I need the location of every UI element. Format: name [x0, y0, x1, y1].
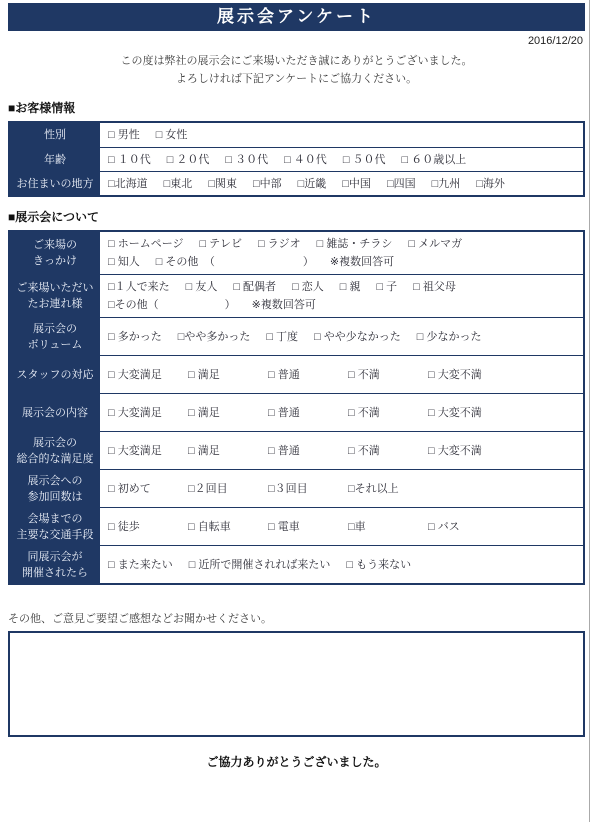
row-options: □ ホームページ□ テレビ□ ラジオ□ 雑誌・チラシ□ メルマガ□ 知人□ その…	[100, 232, 583, 274]
row-options: □北海道□東北□関東□中部□近畿□中国□四国□九州□海外	[100, 172, 583, 195]
table-row: 年齢□ １０代□ ２０代□ ３０代□ ４０代□ ５０代□ ６０歳以上	[10, 147, 583, 171]
checkbox-option[interactable]: □車	[348, 518, 416, 536]
checkbox-option[interactable]: □ 大変不満	[428, 442, 496, 460]
checkbox-option[interactable]: □ 満足	[188, 404, 256, 422]
row-label: 展示会の 総合的な満足度	[10, 432, 100, 469]
checkbox-option[interactable]: □ 男性	[108, 126, 140, 144]
options-line: □ 大変満足□ 満足□ 普通□ 不満□ 大変不満	[108, 366, 583, 384]
checkbox-option[interactable]: □ １０代	[108, 151, 151, 169]
checkbox-option[interactable]: □ 普通	[268, 366, 336, 384]
checkbox-option[interactable]: □近畿	[298, 175, 327, 193]
checkbox-option[interactable]: □ 大変満足	[108, 404, 176, 422]
checkbox-option[interactable]: □１人で来た	[108, 278, 170, 296]
checkbox-option[interactable]: □ その他 （ ）	[156, 253, 314, 271]
row-options: □ 多かった□やや多かった□ 丁度□ やや少なかった□ 少なかった	[100, 318, 583, 355]
options-line: □ １０代□ ２０代□ ３０代□ ４０代□ ５０代□ ６０歳以上	[108, 151, 583, 169]
checkbox-option[interactable]: □ 近所で開催されれば来たい	[189, 556, 331, 574]
checkbox-option[interactable]: □北海道	[108, 175, 148, 193]
checkbox-option[interactable]: □ テレビ	[199, 235, 241, 253]
options-line: □ 大変満足□ 満足□ 普通□ 不満□ 大変不満	[108, 442, 583, 460]
checkbox-option[interactable]: □ メルマガ	[408, 235, 462, 253]
row-label: お住まいの地方	[10, 172, 100, 195]
checkbox-option[interactable]: □ バス	[428, 518, 496, 536]
row-options: □ 大変満足□ 満足□ 普通□ 不満□ 大変不満	[100, 394, 583, 431]
checkbox-option[interactable]: □ 女性	[156, 126, 188, 144]
checkbox-option[interactable]: □中国	[342, 175, 371, 193]
table-row: 展示会の 総合的な満足度□ 大変満足□ 満足□ 普通□ 不満□ 大変不満	[10, 431, 583, 469]
row-options: □ また来たい□ 近所で開催されれば来たい□ もう来ない	[100, 546, 583, 583]
exhibition-table: ご来場の きっかけ□ ホームページ□ テレビ□ ラジオ□ 雑誌・チラシ□ メルマ…	[8, 230, 585, 585]
note-text: ※複数回答可	[330, 253, 394, 271]
section-heading-exhibition: ■展示会について	[8, 208, 585, 225]
checkbox-option[interactable]: □ 知人	[108, 253, 140, 271]
checkbox-option[interactable]: □ 恋人	[292, 278, 324, 296]
table-row: 展示会への 参加回数は□ 初めて□２回目□３回目□それ以上	[10, 469, 583, 507]
row-label: 年齢	[10, 148, 100, 171]
checkbox-option[interactable]: □四国	[387, 175, 416, 193]
checkbox-option[interactable]: □ やや少なかった	[314, 328, 401, 346]
options-line: □ 男性□ 女性	[108, 126, 583, 144]
note-text: ※複数回答可	[252, 296, 316, 314]
table-row: ご来場いただい たお連れ様□１人で来た□ 友人□ 配偶者□ 恋人□ 親□ 子□ …	[10, 274, 583, 317]
checkbox-option[interactable]: □３回目	[268, 480, 336, 498]
checkbox-option[interactable]: □ 電車	[268, 518, 336, 536]
checkbox-option[interactable]: □ 満足	[188, 442, 256, 460]
checkbox-option[interactable]: □ 友人	[186, 278, 218, 296]
comment-textarea[interactable]	[8, 631, 585, 737]
date-text: 2016/12/20	[0, 35, 583, 47]
row-label: 同展示会が 開催されたら	[10, 546, 100, 583]
checkbox-option[interactable]: □ 不満	[348, 366, 416, 384]
checkbox-option[interactable]: □ 自転車	[188, 518, 256, 536]
checkbox-option[interactable]: □ 少なかった	[417, 328, 482, 346]
section-heading-customer-info: ■お客様情報	[8, 99, 585, 116]
checkbox-option[interactable]: □ 普通	[268, 442, 336, 460]
checkbox-option[interactable]: □ 不満	[348, 442, 416, 460]
comment-label: その他、ご意見ご要望ご感想などお聞かせください。	[8, 610, 585, 626]
window-edge	[589, 0, 590, 822]
checkbox-option[interactable]: □東北	[164, 175, 193, 193]
checkbox-option[interactable]: □ 大変満足	[108, 442, 176, 460]
row-options: □ 大変満足□ 満足□ 普通□ 不満□ 大変不満	[100, 432, 583, 469]
page-title: 展示会アンケート	[8, 3, 585, 31]
options-line: □１人で来た□ 友人□ 配偶者□ 恋人□ 親□ 子□ 祖父母	[108, 278, 583, 296]
options-line: □ 初めて□２回目□３回目□それ以上	[108, 480, 583, 498]
row-label: 会場までの 主要な交通手段	[10, 508, 100, 545]
row-label: 展示会への 参加回数は	[10, 470, 100, 507]
options-line: □その他（ ）※複数回答可	[108, 296, 583, 314]
checkbox-option[interactable]: □ 子	[376, 278, 397, 296]
row-label: ご来場の きっかけ	[10, 232, 100, 274]
options-line: □ また来たい□ 近所で開催されれば来たい□ もう来ない	[108, 556, 583, 574]
intro-line-1: この度は弊社の展示会にご来場いただき誠にありがとうございました。	[0, 52, 593, 70]
thanks-text: ご協力ありがとうございました。	[0, 753, 593, 770]
table-row: お住まいの地方□北海道□東北□関東□中部□近畿□中国□四国□九州□海外	[10, 171, 583, 195]
checkbox-option[interactable]: □それ以上	[348, 480, 416, 498]
table-row: 展示会の内容□ 大変満足□ 満足□ 普通□ 不満□ 大変不満	[10, 393, 583, 431]
table-row: 性別□ 男性□ 女性	[10, 123, 583, 147]
checkbox-option[interactable]: □ 満足	[188, 366, 256, 384]
options-line: □ 大変満足□ 満足□ 普通□ 不満□ 大変不満	[108, 404, 583, 422]
table-row: ご来場の きっかけ□ ホームページ□ テレビ□ ラジオ□ 雑誌・チラシ□ メルマ…	[10, 232, 583, 274]
survey-page: 展示会アンケート 2016/12/20 この度は弊社の展示会にご来場いただき誠に…	[0, 0, 593, 822]
options-line: □ 多かった□やや多かった□ 丁度□ やや少なかった□ 少なかった	[108, 328, 583, 346]
checkbox-option[interactable]: □ 不満	[348, 404, 416, 422]
intro-line-2: よろしければ下記アンケートにご協力ください。	[0, 70, 593, 88]
checkbox-option[interactable]: □その他（ ）	[108, 296, 236, 314]
checkbox-option[interactable]: □ また来たい	[108, 556, 173, 574]
options-line: □ ホームページ□ テレビ□ ラジオ□ 雑誌・チラシ□ メルマガ	[108, 235, 583, 253]
row-label: ご来場いただい たお連れ様	[10, 275, 100, 317]
options-line: □ 徒歩□ 自転車□ 電車□車□ バス	[108, 518, 583, 536]
table-row: 展示会の ボリューム□ 多かった□やや多かった□ 丁度□ やや少なかった□ 少な…	[10, 317, 583, 355]
checkbox-option[interactable]: □ 大変不満	[428, 404, 496, 422]
checkbox-option[interactable]: □ 多かった	[108, 328, 162, 346]
checkbox-option[interactable]: □ 雑誌・チラシ	[317, 235, 393, 253]
options-line: □ 知人□ その他 （ ）※複数回答可	[108, 253, 583, 271]
checkbox-option[interactable]: □ 丁度	[266, 328, 298, 346]
row-label: スタッフの対応	[10, 356, 100, 393]
checkbox-option[interactable]: □ 徒歩	[108, 518, 176, 536]
checkbox-option[interactable]: □関東	[208, 175, 237, 193]
row-options: □ 男性□ 女性	[100, 123, 583, 147]
customer-info-table: 性別□ 男性□ 女性年齢□ １０代□ ２０代□ ３０代□ ４０代□ ５０代□ ６…	[8, 121, 585, 197]
checkbox-option[interactable]: □ 大変不満	[428, 366, 496, 384]
row-options: □ 初めて□２回目□３回目□それ以上	[100, 470, 583, 507]
options-line: □北海道□東北□関東□中部□近畿□中国□四国□九州□海外	[108, 175, 583, 193]
checkbox-option[interactable]: □ ホームページ	[108, 235, 183, 253]
checkbox-option[interactable]: □九州	[432, 175, 461, 193]
row-options: □ １０代□ ２０代□ ３０代□ ４０代□ ５０代□ ６０歳以上	[100, 148, 583, 171]
checkbox-option[interactable]: □ 祖父母	[413, 278, 456, 296]
row-label: 展示会の ボリューム	[10, 318, 100, 355]
checkbox-option[interactable]: □ 普通	[268, 404, 336, 422]
row-label: 性別	[10, 123, 100, 147]
checkbox-option[interactable]: □ ３０代	[225, 151, 268, 169]
checkbox-option[interactable]: □ ラジオ	[258, 235, 301, 253]
checkbox-option[interactable]: □中部	[253, 175, 282, 193]
table-row: スタッフの対応□ 大変満足□ 満足□ 普通□ 不満□ 大変不満	[10, 355, 583, 393]
checkbox-option[interactable]: □やや多かった	[178, 328, 251, 346]
checkbox-option[interactable]: □ 親	[340, 278, 361, 296]
row-options: □ 徒歩□ 自転車□ 電車□車□ バス	[100, 508, 583, 545]
checkbox-option[interactable]: □ ６０歳以上	[402, 151, 467, 169]
checkbox-option[interactable]: □ 大変満足	[108, 366, 176, 384]
table-row: 同展示会が 開催されたら□ また来たい□ 近所で開催されれば来たい□ もう来ない	[10, 545, 583, 583]
checkbox-option[interactable]: □ ４０代	[284, 151, 327, 169]
checkbox-option[interactable]: □ ５０代	[343, 151, 386, 169]
checkbox-option[interactable]: □ ２０代	[167, 151, 210, 169]
checkbox-option[interactable]: □ もう来ない	[346, 556, 411, 574]
row-label: 展示会の内容	[10, 394, 100, 431]
row-options: □１人で来た□ 友人□ 配偶者□ 恋人□ 親□ 子□ 祖父母□その他（ ）※複数…	[100, 275, 583, 317]
checkbox-option[interactable]: □海外	[476, 175, 505, 193]
checkbox-option[interactable]: □ 初めて	[108, 480, 176, 498]
checkbox-option[interactable]: □ 配偶者	[233, 278, 276, 296]
checkbox-option[interactable]: □２回目	[188, 480, 256, 498]
row-options: □ 大変満足□ 満足□ 普通□ 不満□ 大変不満	[100, 356, 583, 393]
table-row: 会場までの 主要な交通手段□ 徒歩□ 自転車□ 電車□車□ バス	[10, 507, 583, 545]
